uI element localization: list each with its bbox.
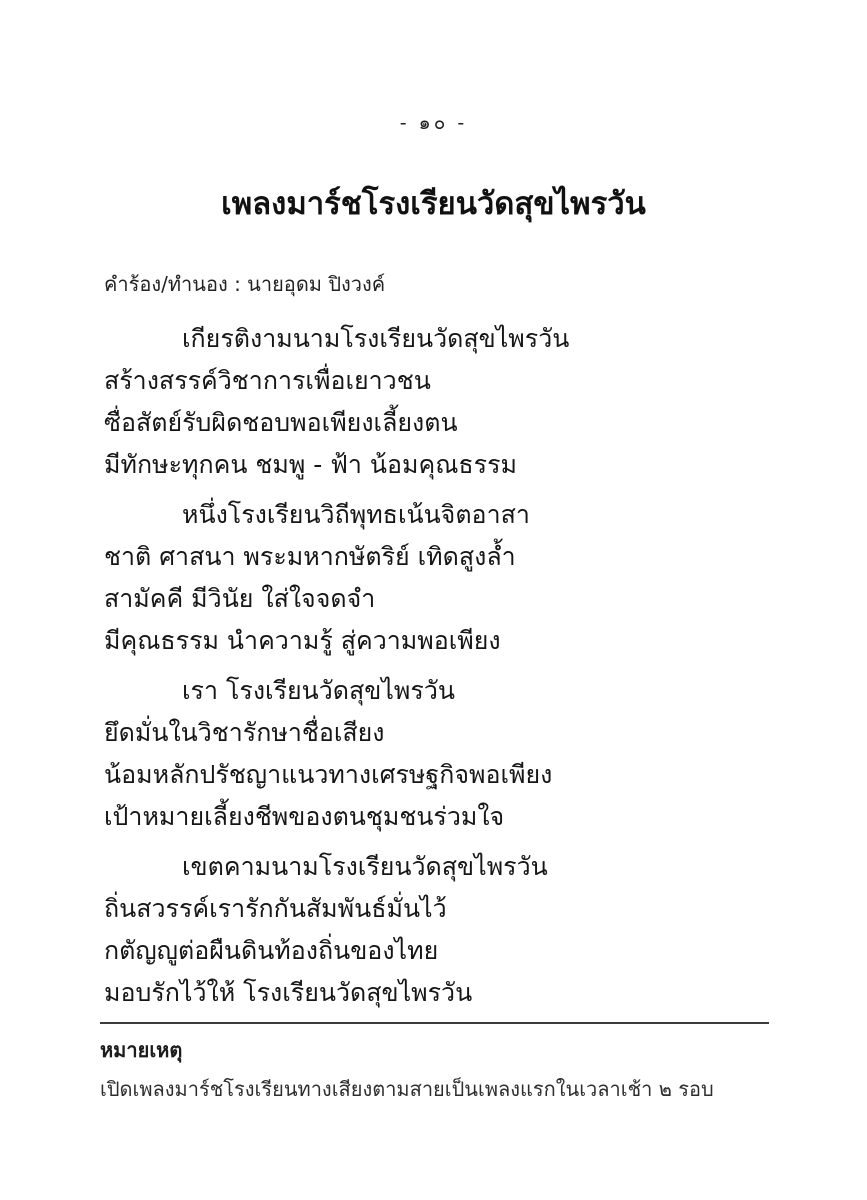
lyric-line: หนึ่งโรงเรียนวิถีพุทธเน้นจิตอาสา [104,494,777,536]
stanza-2: หนึ่งโรงเรียนวิถีพุทธเน้นจิตอาสา ชาติ ศา… [104,494,777,662]
lyric-line: มีคุณธรรม นำความรู้ สู่ความพอเพียง [104,620,777,662]
lyric-line: น้อมหลักปรัชญาแนวทางเศรษฐกิจพอเพียง [104,754,777,796]
lyric-line: ถิ่นสวรรค์เรารักกันสัมพันธ์มั่นไว้ [104,888,777,930]
lyric-line: สร้างสรรค์วิชาการเพื่อเยาวชน [104,360,777,402]
lyric-line: เกียรติงามนามโรงเรียนวัดสุขไพรวัน [104,318,777,360]
lyric-line: เขตคามนามโรงเรียนวัดสุขไพรวัน [104,846,777,888]
lyric-line: สามัคคี มีวินัย ใส่ใจจดจำ [104,578,777,620]
lyric-line: ซื่อสัตย์รับผิดชอบพอเพียงเลี้ยงตน [104,402,777,444]
lyric-line: ยึดมั่นในวิชารักษาชื่อเสียง [104,712,777,754]
lyric-line: เป้าหมายเลี้ยงชีพของตนชุมชนร่วมใจ [104,796,777,838]
stanza-1: เกียรติงามนามโรงเรียนวัดสุขไพรวัน สร้างส… [104,318,777,486]
lyric-line: กตัญญูต่อผืนดินท้องถิ่นของไทย [104,930,777,972]
page-number: - ๑๐ - [0,0,867,138]
footnote-section: หมายเหตุ เปิดเพลงมาร์ชโรงเรียนทางเสียงตา… [100,1022,769,1105]
stanza-3: เรา โรงเรียนวัดสุขไพรวัน ยึดมั่นในวิชารั… [104,670,777,838]
lyrics-body: เกียรติงามนามโรงเรียนวัดสุขไพรวัน สร้างส… [104,318,777,1014]
lyric-line: มีทักษะทุกคน ชมพู - ฟ้า น้อมคุณธรรม [104,444,777,486]
song-title: เพลงมาร์ชโรงเรียนวัดสุขไพรวัน [0,178,867,228]
stanza-4: เขตคามนามโรงเรียนวัดสุขไพรวัน ถิ่นสวรรค์… [104,846,777,1014]
lyric-line: ชาติ ศาสนา พระมหากษัตริย์ เทิดสูงล้ำ [104,536,777,578]
lyric-line: มอบรักไว้ให้ โรงเรียนวัดสุขไพรวัน [104,972,777,1014]
footnote-text: เปิดเพลงมาร์ชโรงเรียนทางเสียงตามสายเป็นเ… [100,1073,769,1105]
footnote-label: หมายเหตุ [100,1034,769,1066]
lyrics-credit: คำร้อง/ทำนอง : นายอุดม ปิงวงค์ [104,268,867,300]
document-page: - ๑๐ - เพลงมาร์ชโรงเรียนวัดสุขไพรวัน คำร… [0,0,867,1200]
lyric-line: เรา โรงเรียนวัดสุขไพรวัน [104,670,777,712]
